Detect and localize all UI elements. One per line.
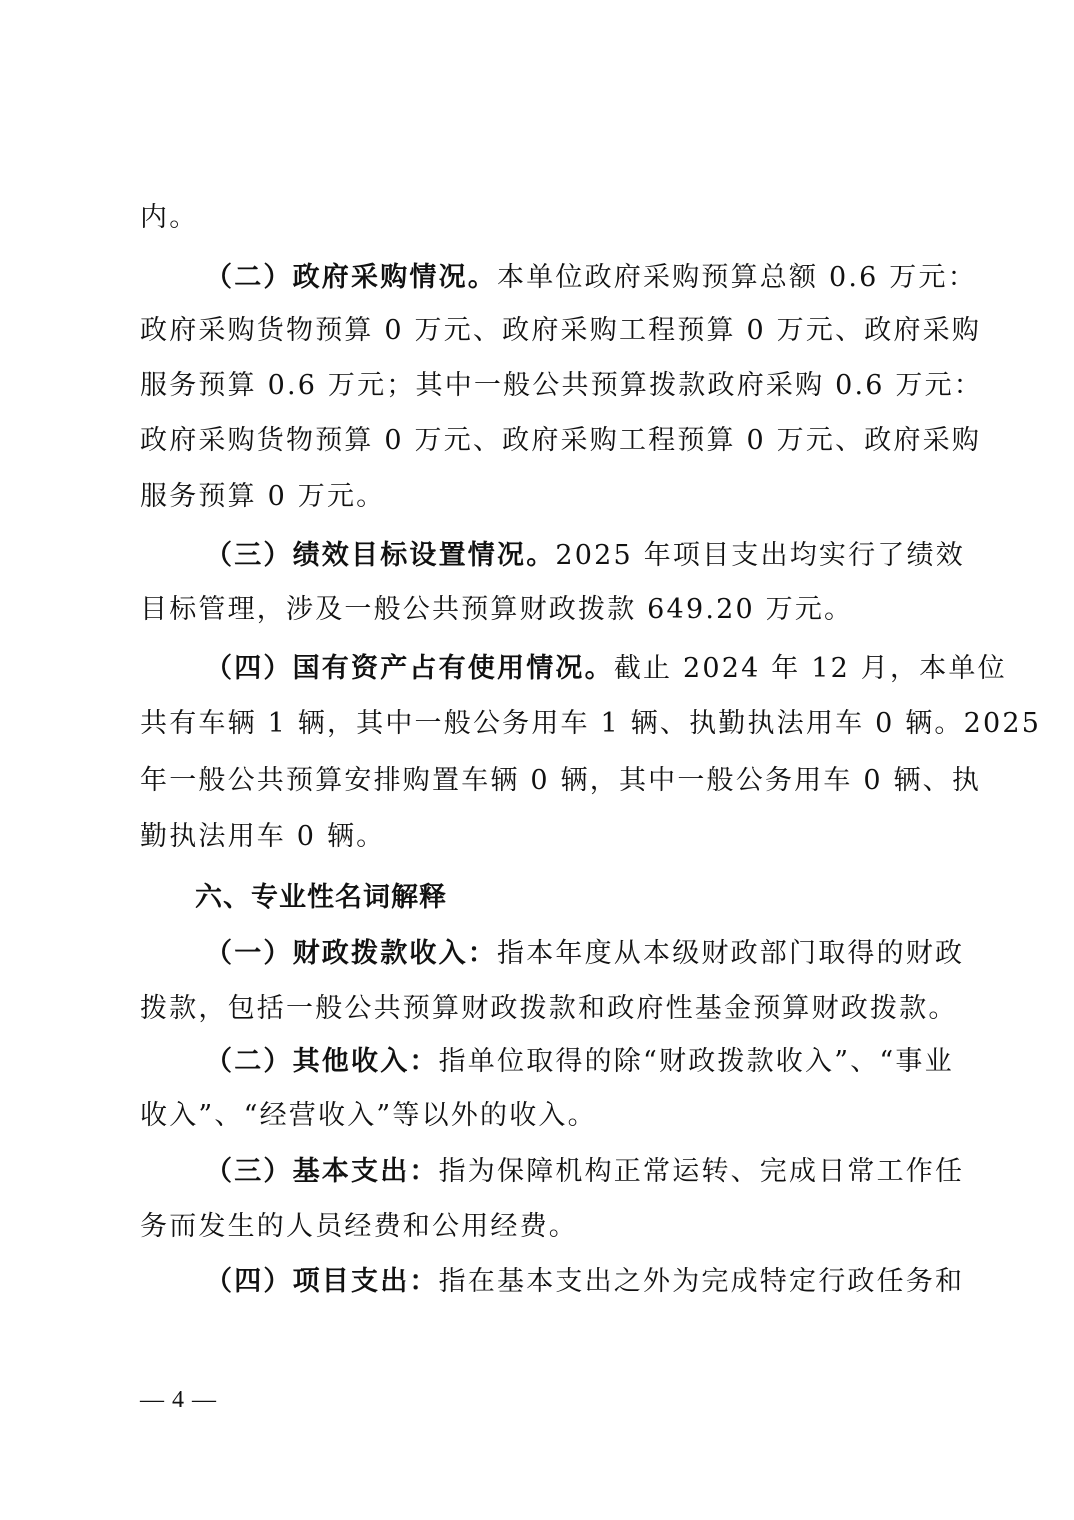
text-line: 政府采购货物预算 0 万元、政府采购工程预算 0 万元、政府采购 [140, 315, 940, 347]
section-heading: 六、专业性名词解释 [195, 882, 930, 914]
page-number: — 4 — [140, 1386, 217, 1414]
line-text: 政府采购货物预算 0 万元、政府采购工程预算 0 万元、政府采购 [140, 425, 981, 456]
term-label: （四）项目支出： [205, 1266, 439, 1297]
line-text: 截止 2024 年 12 月，本单位 [614, 653, 1007, 684]
text-line: 勤执法用车 0 辆。 [140, 821, 940, 853]
paragraph-government-procurement: （二）政府采购情况。本单位政府采购预算总额 0.6 万元： [205, 262, 940, 294]
text-line: 内。 [140, 202, 940, 234]
term-label: （二）其他收入： [205, 1046, 439, 1077]
paragraph-project-expenditure: （四）项目支出：指在基本支出之外为完成特定行政任务和 [205, 1266, 940, 1298]
text-line: 拨款，包括一般公共预算财政拨款和政府性基金预算财政拨款。 [140, 993, 940, 1025]
line-text: 政府采购货物预算 0 万元、政府采购工程预算 0 万元、政府采购 [140, 315, 981, 346]
line-text: 目标管理，涉及一般公共预算财政拨款 649.20 万元。 [140, 594, 853, 625]
line-text: 指为保障机构正常运转、完成日常工作任 [439, 1156, 965, 1187]
line-text: 共有车辆 1 辆，其中一般公务用车 1 辆、执勤执法用车 0 辆。2025 [140, 708, 1041, 739]
paragraph-fiscal-appropriation-income: （一）财政拨款收入：指本年度从本级财政部门取得的财政 [205, 938, 940, 970]
text-line: 收入”、“经营收入”等以外的收入。 [140, 1100, 940, 1132]
term-label: （一）财政拨款收入： [205, 938, 497, 969]
text-line: 共有车辆 1 辆，其中一般公务用车 1 辆、执勤执法用车 0 辆。2025 [140, 708, 940, 740]
text-line: 务而发生的人员经费和公用经费。 [140, 1211, 940, 1243]
paragraph-other-income: （二）其他收入：指单位取得的除“财政拨款收入”、“事业 [205, 1046, 940, 1078]
paragraph-state-assets: （四）国有资产占有使用情况。截止 2024 年 12 月，本单位 [205, 653, 940, 685]
text-line: 目标管理，涉及一般公共预算财政拨款 649.20 万元。 [140, 594, 940, 626]
line-text: 年一般公共预算安排购置车辆 0 辆，其中一般公务用车 0 辆、执 [140, 765, 981, 796]
line-text: 务而发生的人员经费和公用经费。 [140, 1211, 578, 1242]
document-page: 内。 （二）政府采购情况。本单位政府采购预算总额 0.6 万元： 政府采购货物预… [0, 0, 1074, 1520]
line-text: 内。 [140, 202, 198, 233]
line-text: 指本年度从本级财政部门取得的财政 [497, 938, 964, 969]
line-text: 收入”、“经营收入”等以外的收入。 [140, 1100, 597, 1131]
line-text: 拨款，包括一般公共预算财政拨款和政府性基金预算财政拨款。 [140, 993, 958, 1024]
paragraph-performance-goals: （三）绩效目标设置情况。2025 年项目支出均实行了绩效 [205, 540, 940, 572]
paragraph-basic-expenditure: （三）基本支出：指为保障机构正常运转、完成日常工作任 [205, 1156, 940, 1188]
section-label: （四）国有资产占有使用情况。 [205, 653, 614, 684]
line-text: 2025 年项目支出均实行了绩效 [555, 540, 965, 571]
line-text: 指单位取得的除“财政拨款收入”、“事业 [439, 1046, 954, 1077]
term-label: （三）基本支出： [205, 1156, 439, 1187]
line-text: 指在基本支出之外为完成特定行政任务和 [439, 1266, 965, 1297]
line-text: 服务预算 0.6 万元；其中一般公共预算拨款政府采购 0.6 万元： [140, 370, 983, 401]
section-label: （二）政府采购情况。 [205, 262, 497, 293]
section-label: （三）绩效目标设置情况。 [205, 540, 555, 571]
line-text: 勤执法用车 0 辆。 [140, 821, 385, 852]
line-text: 本单位政府采购预算总额 0.6 万元： [497, 262, 977, 293]
text-line: 服务预算 0 万元。 [140, 481, 940, 513]
text-line: 政府采购货物预算 0 万元、政府采购工程预算 0 万元、政府采购 [140, 425, 940, 457]
line-text: 服务预算 0 万元。 [140, 481, 385, 512]
text-line: 年一般公共预算安排购置车辆 0 辆，其中一般公务用车 0 辆、执 [140, 765, 940, 797]
text-line: 服务预算 0.6 万元；其中一般公共预算拨款政府采购 0.6 万元： [140, 370, 940, 402]
